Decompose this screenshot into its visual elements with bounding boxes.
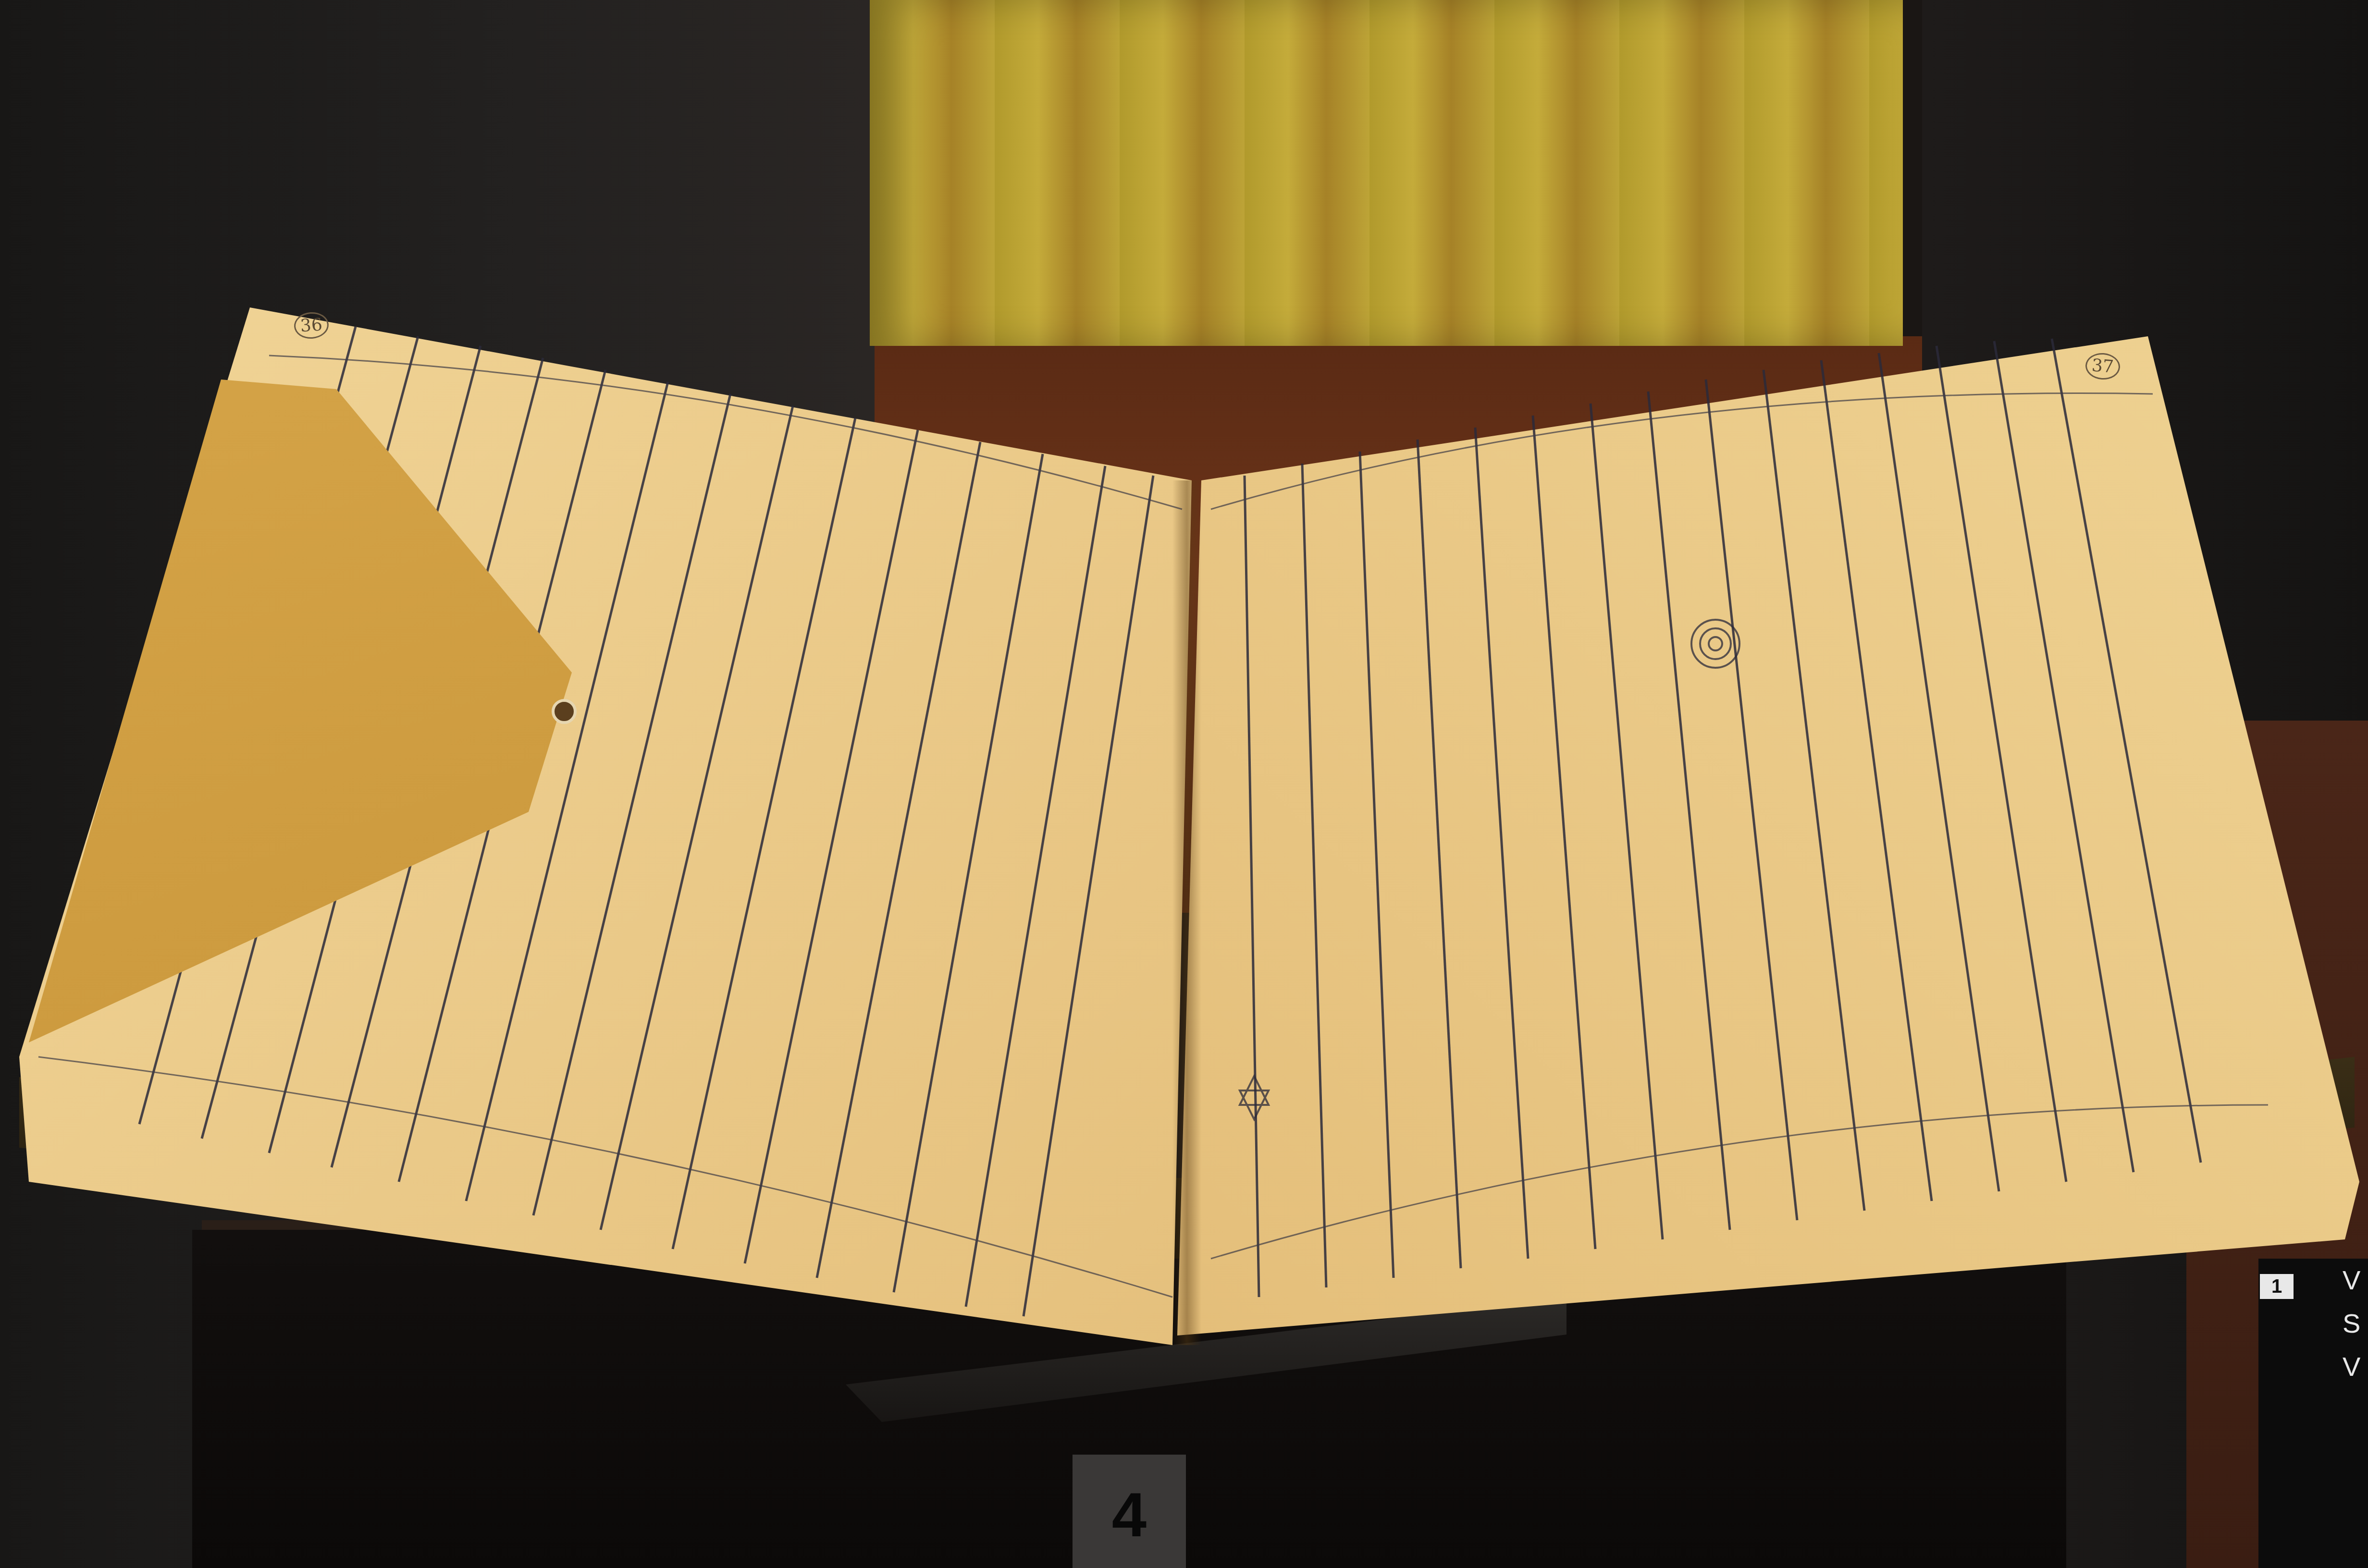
flap-clasp-button <box>552 699 577 724</box>
case-number-plate: 4 <box>1073 1455 1186 1568</box>
museum-display-scene: 36 37 4 1 V S V <box>0 0 2368 1568</box>
exhibit-label-tag: 1 <box>2260 1274 2294 1299</box>
case-number-text: 4 <box>1112 1479 1147 1551</box>
open-manuscript: 36 37 <box>0 0 2368 1568</box>
exhibit-label-text: V S V <box>2343 1259 2360 1388</box>
book-gutter <box>1172 480 1201 1345</box>
